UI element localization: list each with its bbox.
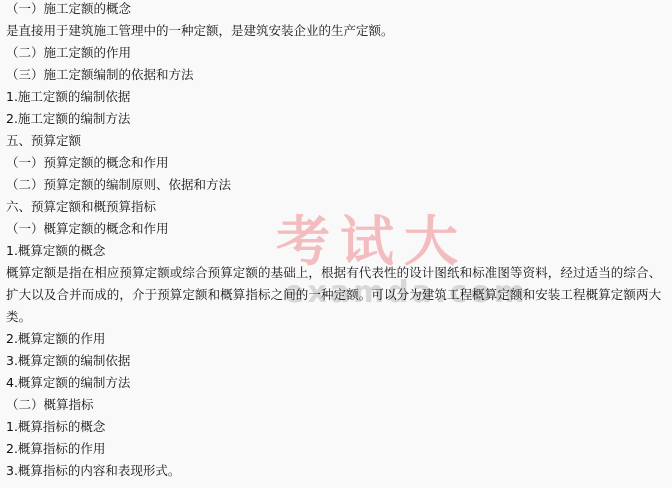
text-line: 是直接用于建筑施工管理中的一种定额，是建筑安装企业的生产定额。	[6, 20, 668, 42]
section-heading: （三）施工定额编制的依据和方法	[6, 64, 668, 86]
list-item: 1.概算定额的概念	[6, 240, 668, 262]
section-heading: （二）概算指标	[6, 394, 668, 416]
list-item: 3.概算定额的编制依据	[6, 350, 668, 372]
list-item: 1.施工定额的编制依据	[6, 86, 668, 108]
section-heading: （一）概算定额的概念和作用	[6, 218, 668, 240]
section-heading: （二）施工定额的作用	[6, 42, 668, 64]
section-heading: （一）施工定额的概念	[6, 0, 668, 20]
section-heading: （二）预算定额的编制原则、依据和方法	[6, 174, 668, 196]
list-item: 2.概算指标的作用	[6, 438, 668, 460]
document-body: （一）施工定额的概念 是直接用于建筑施工管理中的一种定额，是建筑安装企业的生产定…	[6, 0, 668, 482]
section-heading: （一）预算定额的概念和作用	[6, 152, 668, 174]
list-item: 2.概算定额的作用	[6, 328, 668, 350]
chapter-heading: 五、预算定额	[6, 130, 668, 152]
definition-paragraph: 概算定额是指在相应预算定额或综合预算定额的基础上，根据有代表性的设计图纸和标准图…	[6, 262, 668, 328]
list-item: 4.概算定额的编制方法	[6, 372, 668, 394]
list-item: 1.概算指标的概念	[6, 416, 668, 438]
list-item: 3.概算指标的内容和表现形式。	[6, 460, 668, 482]
chapter-heading: 六、预算定额和概预算指标	[6, 196, 668, 218]
list-item: 2.施工定额的编制方法	[6, 108, 668, 130]
